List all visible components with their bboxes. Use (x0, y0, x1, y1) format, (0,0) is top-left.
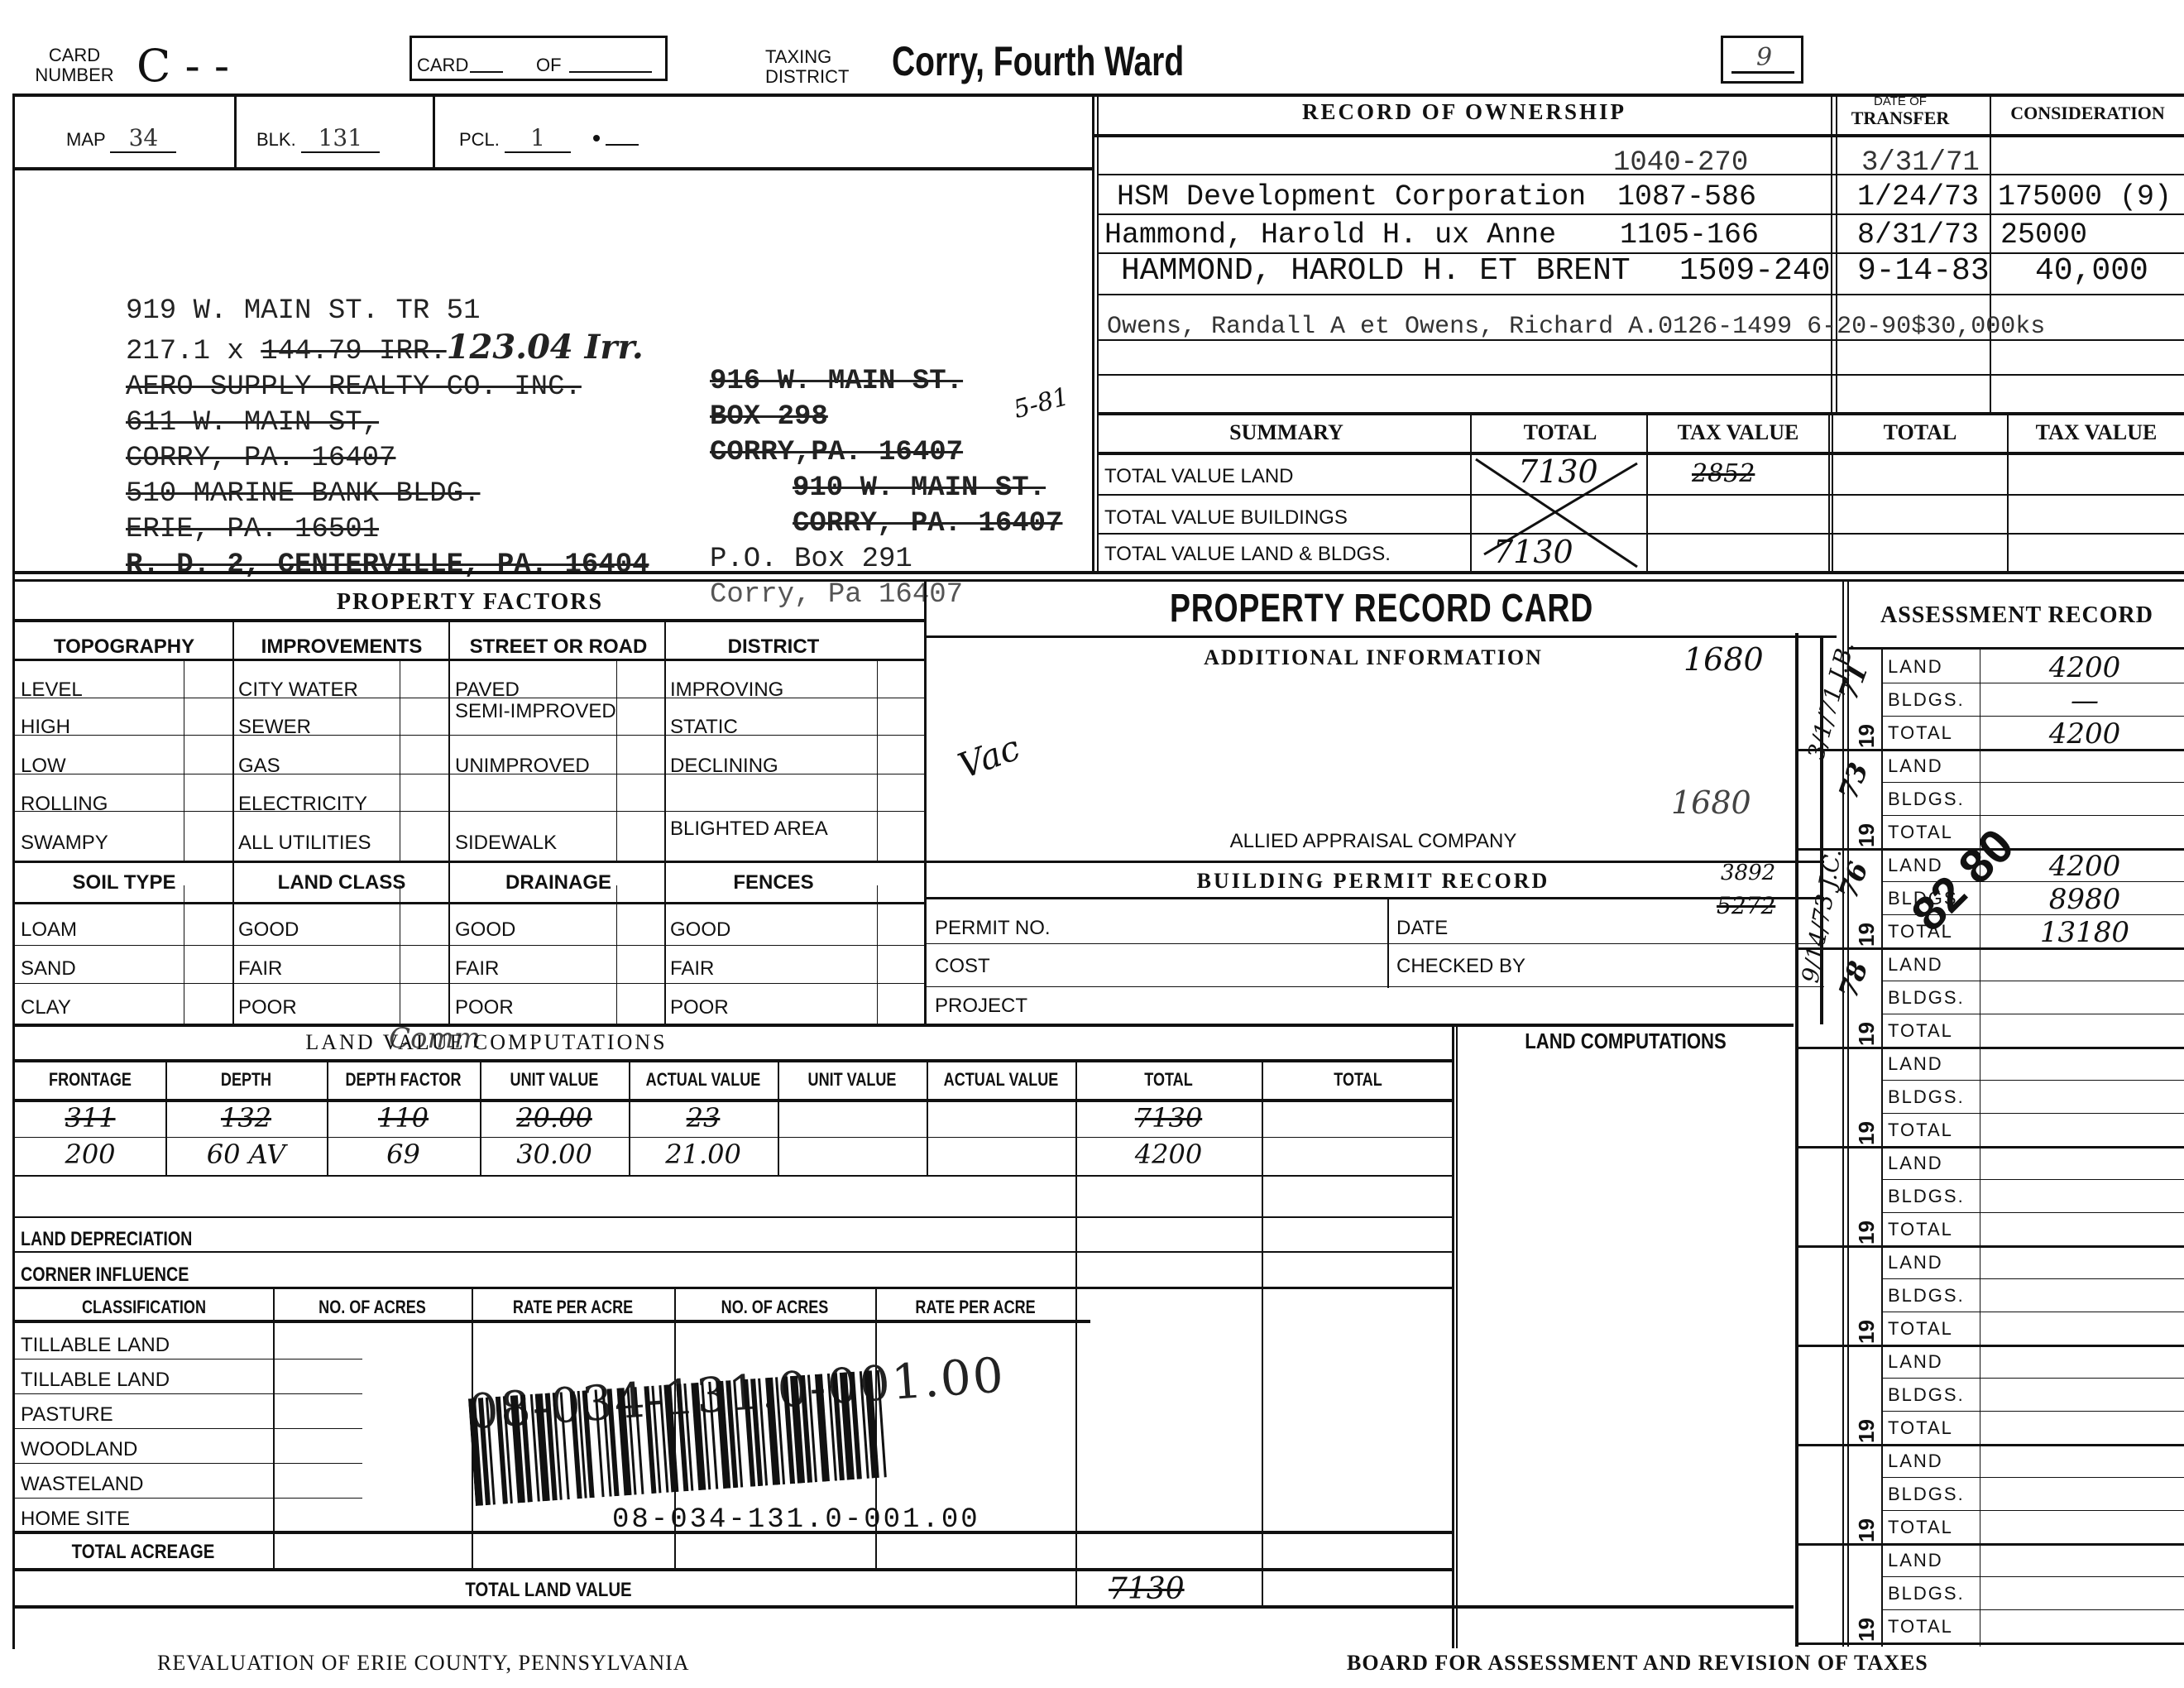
land-value-cell-total: 4200 (1075, 1139, 1262, 1170)
pcl-value: 1 (505, 124, 571, 153)
property-description: 919 W. MAIN ST. TR 51 217.1 x 144.79 IRR… (126, 294, 649, 583)
assessment-value-land[interactable]: 4200 (2002, 850, 2167, 883)
permit-date-field[interactable]: DATE (1396, 917, 1448, 940)
factor-header-fences: FENCES (666, 871, 881, 894)
land-value-cell-actual_value: 23 (629, 1102, 778, 1134)
consideration-header: CONSIDERATION (1991, 103, 2184, 124)
permit-note-1: 3892 (1721, 861, 1775, 885)
landclass-poor[interactable]: POOR (238, 996, 297, 1019)
land-value-col-header: TOTAL (1092, 1069, 1245, 1091)
mailing-address: 916 W. MAIN ST. BOX 298 CORRY,PA. 16407 … (710, 364, 1062, 613)
assessment-row-label: BLDGS. (1888, 1285, 1965, 1307)
permit-no-field[interactable]: PERMIT NO. (935, 917, 1051, 940)
factor-header-improvements: IMPROVEMENTS (234, 635, 449, 659)
assessment-value-bldgs[interactable]: 8980 (2002, 883, 2167, 916)
fences-good[interactable]: GOOD (670, 918, 730, 942)
footer-right: BOARD FOR ASSESSMENT AND REVISION OF TAX… (1347, 1651, 1928, 1676)
assessment-row-label: TOTAL (1888, 822, 1953, 843)
factor-swampy[interactable]: SWAMPY (21, 832, 108, 855)
appraisal-company: ALLIED APPRAISAL COMPANY (927, 830, 1820, 853)
assessment-row-label: BLDGS. (1888, 1484, 1965, 1505)
acreage-row-label: TILLABLE LAND (21, 1334, 170, 1357)
card-sequence-box: 9 (1721, 36, 1803, 84)
assessment-row-label: LAND (1888, 1153, 1943, 1174)
acreage-row-label: TILLABLE LAND (21, 1369, 170, 1392)
desc-line-6: ERIE, PA. 16501 (126, 512, 649, 548)
summary-total-header: TOTAL (1473, 420, 1648, 445)
acreage-col-header: CLASSIFICATION (38, 1297, 250, 1318)
assessment-row-label: LAND (1888, 1351, 1943, 1373)
card-of-box: CARD OF (409, 36, 668, 81)
desc-line-2: AERO SUPPLY REALTY CO. INC. (126, 370, 649, 405)
acreage-row-label: WASTELAND (21, 1473, 143, 1496)
assessment-value-land[interactable]: 4200 (2002, 651, 2167, 684)
drainage-good[interactable]: GOOD (455, 918, 515, 942)
land-value-title: LAND VALUE COMPUTATIONS (15, 1030, 958, 1055)
factor-semi-improved[interactable]: SEMI-IMPROVED (455, 703, 629, 720)
blk-field: BLK. 131 (256, 124, 380, 153)
drainage-poor[interactable]: POOR (455, 996, 514, 1019)
acreage-col-header: NO. OF ACRES (291, 1297, 454, 1318)
factor-header-district: DISTRICT (666, 635, 881, 659)
factor-clay[interactable]: CLAY (21, 996, 71, 1019)
assessment-row-label: BLDGS. (1888, 789, 1965, 810)
assessment-row-label: LAND (1888, 1252, 1943, 1273)
factor-header-street: STREET OR ROAD (451, 635, 666, 659)
desc-line-4: CORRY, PA. 16407 (126, 441, 649, 477)
assessment-title: ASSESSMENT RECORD (1850, 602, 2184, 629)
assessment-value-total[interactable]: 4200 (2002, 717, 2167, 750)
factor-sand[interactable]: SAND (21, 957, 76, 981)
assessment-row-label: LAND (1888, 1550, 1943, 1571)
assessment-row-label: TOTAL (1888, 1517, 1953, 1538)
land-value-cell-actual_value: 21.00 (629, 1139, 778, 1170)
assessment-row-label: LAND (1888, 656, 1943, 678)
acreage-row-label: HOME SITE (21, 1508, 130, 1531)
building-permit-title: BUILDING PERMIT RECORD (927, 869, 1820, 894)
barcode-printed: 08-034-131.0-001.00 (612, 1504, 980, 1536)
factor-electricity[interactable]: ELECTRICITY (238, 793, 367, 816)
summary-tax-header: TAX VALUE (1648, 420, 1828, 445)
assessment-row-label: TOTAL (1888, 1020, 1953, 1042)
desc-line-7: R. D. 2, CENTERVILLE, PA. 16404 (126, 548, 649, 583)
permit-project-field[interactable]: PROJECT (935, 995, 1027, 1018)
land-value-col-header: ACTUAL VALUE (940, 1069, 1062, 1091)
ownership-title: RECORD OF OWNERSHIP (1100, 99, 1828, 125)
assessment-row-label: BLDGS. (1888, 1186, 1965, 1207)
corner-influence-label: CORNER INFLUENCE (21, 1264, 189, 1287)
land-value-cell-total: 7130 (1075, 1102, 1262, 1134)
land-value-cell-frontage: 200 (15, 1139, 165, 1170)
map-field: MAP 34 (66, 124, 176, 153)
footer-left: REVALUATION OF ERIE COUNTY, PENNSYLVANIA (157, 1651, 690, 1676)
assessment-row-label: TOTAL (1888, 722, 1953, 744)
total-acreage-label: TOTAL ACREAGE (34, 1541, 252, 1564)
land-value-col-header: FRONTAGE (28, 1069, 151, 1091)
land-value-cell-depth: 132 (165, 1102, 327, 1134)
card-sequence-value: 9 (1756, 43, 1772, 72)
assessment-row-label: TOTAL (1888, 1219, 1953, 1240)
pcl-field: PCL. 1 • (459, 124, 639, 153)
land-value-cell-depth_factor: 69 (327, 1139, 480, 1170)
land-value-col-header: UNIT VALUE (791, 1069, 913, 1091)
land-computations-title: LAND COMPUTATIONS (1482, 1029, 1768, 1054)
assessment-row-label: TOTAL (1888, 1318, 1953, 1340)
assessment-row-label: BLDGS. (1888, 1583, 1965, 1604)
assessment-row-label: BLDGS. (1888, 1384, 1965, 1406)
landclass-good[interactable]: GOOD (238, 918, 299, 942)
assessment-year: 19 (1851, 1576, 1881, 1642)
handwritten-1680-bottom: 1680 (1671, 784, 1751, 821)
map-value: 34 (110, 124, 176, 153)
summary-total2-header: TOTAL (1833, 420, 2007, 445)
permit-cost-field[interactable]: COST (935, 955, 990, 978)
acreage-col-header: NO. OF ACRES (692, 1297, 857, 1318)
land-value-cell-depth_factor: 110 (327, 1102, 480, 1134)
land-value-col-header: ACTUAL VALUE (642, 1069, 764, 1091)
factor-loam[interactable]: LOAM (21, 918, 77, 942)
fences-fair[interactable]: FAIR (670, 957, 714, 981)
assessment-row-label: TOTAL (1888, 1120, 1953, 1141)
acreage-row-label: WOODLAND (21, 1438, 137, 1461)
fences-poor[interactable]: POOR (670, 996, 729, 1019)
assessment-row-label: LAND (1888, 954, 1943, 976)
desc-line-1: 217.1 x 144.79 IRR.123.04 Irr. (126, 329, 649, 370)
property-factors-title: PROPERTY FACTORS (15, 589, 925, 616)
assessment-side-note-1: 9/14/73 J.C. (1797, 846, 1847, 985)
assessment-year: 19 (1851, 1080, 1881, 1146)
land-value-col-header: DEPTH FACTOR (341, 1069, 467, 1091)
factor-header-land-class: LAND CLASS (234, 871, 449, 894)
handwritten-1680-top: 1680 (1683, 641, 1764, 678)
record-card-title: PROPERTY RECORD CARD (1027, 586, 1736, 631)
assessment-row-label: BLDGS. (1888, 987, 1965, 1009)
assessment-row-label: BLDGS. (1888, 689, 1965, 711)
assessment-year: 19 (1851, 1179, 1881, 1245)
factor-header-drainage: DRAINAGE (451, 871, 666, 894)
land-depreciation-label: LAND DEPRECIATION (21, 1228, 192, 1251)
permit-checked-by-field[interactable]: CHECKED BY (1396, 955, 1525, 978)
drainage-fair[interactable]: FAIR (455, 957, 499, 981)
card-of-label: CARD (417, 55, 468, 76)
assessment-row-label: TOTAL (1888, 1616, 1953, 1638)
desc-line-3: 611 W. MAIN ST, (126, 405, 649, 441)
assessment-value-total[interactable]: 13180 (2002, 916, 2167, 949)
factor-blighted-area[interactable]: BLIGHTED AREA (670, 819, 860, 839)
blk-value: 131 (301, 124, 380, 153)
total-land-value-label: TOTAL LAND VALUE (95, 1579, 1003, 1602)
cross-out-mark-icon (1472, 455, 1645, 571)
factor-sidewalk[interactable]: SIDEWALK (455, 832, 557, 855)
summary-tax2-header: TAX VALUE (2009, 420, 2184, 445)
assessment-row-label: LAND (1888, 755, 1943, 777)
factor-rolling[interactable]: ROLLING (21, 793, 108, 816)
acreage-col-header: RATE PER ACRE (893, 1297, 1057, 1318)
land-value-cell-unit_value: 20.00 (480, 1102, 629, 1134)
date-transfer-header: DATE OF TRANSFER (1838, 94, 1962, 127)
assessment-row-label: TOTAL (1888, 1417, 1953, 1439)
factor-all-utilities[interactable]: ALL UTILITIES (238, 832, 371, 855)
factor-header-topography: TOPOGRAPHY (17, 635, 232, 659)
land-value-cell-frontage: 311 (15, 1102, 165, 1134)
land-value-col-header: TOTAL (1279, 1069, 1437, 1091)
card-number: CARD NUMBER (25, 46, 141, 85)
acreage-col-header: RATE PER ACRE (490, 1297, 656, 1318)
assessment-year: 19 (1851, 1477, 1881, 1543)
land-value-cell-depth: 60 AV (165, 1139, 327, 1170)
desc-line-5: 510 MARINE BANK BLDG. (126, 477, 649, 512)
summary-title: SUMMARY (1100, 420, 1473, 445)
landclass-fair[interactable]: FAIR (238, 957, 282, 981)
card-number-label: CARD NUMBER (25, 46, 124, 85)
assessment-row-label: LAND (1888, 1053, 1943, 1075)
land-value-col-header: UNIT VALUE (493, 1069, 615, 1091)
handwritten-vac: Vac (953, 727, 1025, 787)
card-of-of-label: OF (536, 55, 562, 76)
total-land-value-struck: 7130 (1109, 1572, 1185, 1606)
assessment-year: 19 (1851, 1278, 1881, 1345)
taxing-district-label: TAXING DISTRICT (765, 47, 849, 87)
factor-header-soil: SOIL TYPE (17, 871, 232, 894)
desc-line-0: 919 W. MAIN ST. TR 51 (126, 294, 649, 329)
acreage-row-label: PASTURE (21, 1403, 113, 1427)
assessment-year: 19 (1851, 1378, 1881, 1444)
assessment-row-label: LAND (1888, 1451, 1943, 1472)
summary-land-tax: 2852 (1692, 459, 1755, 488)
dimension-struck: 144.79 IRR. (261, 336, 446, 367)
assessment-value-bldgs[interactable]: — (2002, 684, 2167, 717)
dimension-handwritten: 123.04 Irr. (447, 328, 644, 367)
land-value-col-header: DEPTH (180, 1069, 313, 1091)
assessment-row-label: BLDGS. (1888, 1086, 1965, 1108)
ownership-row-4: Owens, Randall A et Owens, Richard A.012… (1107, 313, 2045, 341)
card-number-value: C - - (136, 40, 229, 92)
land-value-cell-unit_value: 30.00 (480, 1139, 629, 1170)
permit-note-2: 5272 (1717, 892, 1775, 919)
taxing-district-value: Corry, Fourth Ward (892, 37, 1184, 85)
barcode-icon (468, 1353, 1136, 1506)
